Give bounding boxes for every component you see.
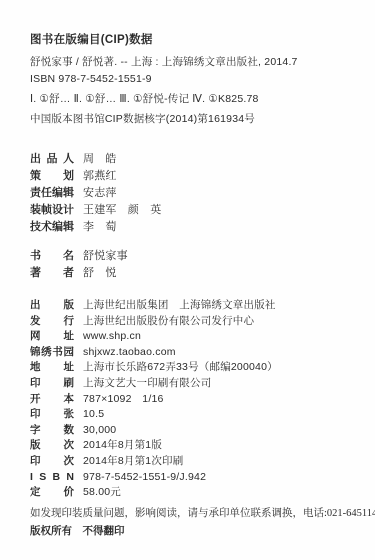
quality-notice: 如发现印装质量问题，影响阅读，请与承印单位联系调换，电话:021-6451141… (30, 507, 359, 520)
row-label: 责任编辑 (30, 187, 74, 200)
row-value: 舒 悦 (83, 267, 117, 280)
row-label: 策划 (30, 170, 74, 183)
publication-row: 锦绣书园 shjxwz.taobao.com (30, 346, 359, 358)
book-title-block: 书名 舒悦家事 著者 舒 悦 (30, 250, 359, 280)
row-label: 出版 (30, 299, 74, 311)
publication-details-block: 出版 上海世纪出版集团 上海锦绣文章出版社 发行 上海世纪出版股份有限公司发行中… (30, 299, 359, 498)
row-value: 978-7-5452-1551-9/J.942 (83, 471, 206, 483)
row-label: 书名 (30, 250, 74, 263)
publication-row: 定价 58.00元 (30, 486, 359, 498)
staff-row: 技术编辑 李 萄 (30, 221, 359, 234)
row-label: 发行 (30, 315, 74, 327)
row-label: 著者 (30, 267, 74, 280)
publication-row: 版次 2014年8月第1版 (30, 439, 359, 451)
row-value: 周 皓 (83, 153, 117, 166)
row-label: 印张 (30, 408, 74, 420)
cip-data-block: 图书在版编目(CIP)数据 舒悦家事 / 舒悦著. -- 上海 : 上海锦绣文章… (30, 31, 359, 126)
row-value: 2014年8月第1次印刷 (83, 455, 183, 467)
publication-row: 印次 2014年8月第1次印刷 (30, 455, 359, 467)
cip-isbn-line: ISBN 978-7-5452-1551-9 (30, 73, 359, 86)
publication-row: 开本 787×1092 1/16 (30, 393, 359, 405)
row-value: www.shp.cn (83, 330, 141, 342)
staff-row: 装帧设计 王建军 颜 英 (30, 204, 359, 217)
staff-row: 策划 郭燕红 (30, 170, 359, 183)
row-label: 装帧设计 (30, 204, 74, 217)
row-value: 10.5 (83, 408, 104, 420)
row-value: 上海世纪出版股份有限公司发行中心 (83, 315, 254, 327)
staff-credits-block: 出品人 周 皓 策划 郭燕红 责任编辑 安志萍 装帧设计 王建军 颜 英 技术编… (30, 153, 359, 234)
row-value: 安志萍 (83, 187, 117, 200)
row-label: 开本 (30, 393, 74, 405)
staff-row: 责任编辑 安志萍 (30, 187, 359, 200)
cip-heading: 图书在版编目(CIP)数据 (30, 31, 359, 47)
publication-row: 发行 上海世纪出版股份有限公司发行中心 (30, 315, 359, 327)
book-title-row: 书名 舒悦家事 (30, 250, 359, 263)
row-label: 印次 (30, 455, 74, 467)
footer-block: 如发现印装质量问题，影响阅读，请与承印单位联系调换，电话:021-6451141… (30, 507, 359, 538)
publication-row: 印刷 上海文艺大一印刷有限公司 (30, 377, 359, 389)
row-value: 上海世纪出版集团 上海锦绣文章出版社 (83, 299, 276, 311)
row-label: 定价 (30, 486, 74, 498)
row-value: 787×1092 1/16 (83, 393, 164, 405)
copyright-page: 图书在版编目(CIP)数据 舒悦家事 / 舒悦著. -- 上海 : 上海锦绣文章… (0, 0, 375, 560)
row-value: 30,000 (83, 424, 116, 436)
publication-row: 字数 30,000 (30, 424, 359, 436)
row-value: 李 萄 (83, 221, 117, 234)
row-value: shjxwz.taobao.com (83, 346, 176, 358)
row-label: 出品人 (30, 153, 74, 166)
cip-registry-line: 中国版本图书馆CIP数据核字(2014)第161934号 (30, 113, 359, 126)
row-value: 王建军 颜 英 (83, 204, 161, 217)
row-label: I S B N (30, 471, 74, 483)
staff-row: 出品人 周 皓 (30, 153, 359, 166)
row-label: 地址 (30, 361, 74, 373)
row-value: 58.00元 (83, 486, 121, 498)
publication-row: 地址 上海市长乐路672弄33号（邮编200040） (30, 361, 359, 373)
copyright-notice: 版权所有 不得翻印 (30, 525, 359, 538)
row-value: 郭燕红 (83, 170, 117, 183)
row-label: 技术编辑 (30, 221, 74, 234)
book-author-row: 著者 舒 悦 (30, 267, 359, 280)
row-label: 网址 (30, 330, 74, 342)
row-value: 上海市长乐路672弄33号（邮编200040） (83, 361, 278, 373)
row-value: 舒悦家事 (83, 250, 128, 263)
cip-classification-line: Ⅰ. ①舒… Ⅱ. ①舒… Ⅲ. ①舒悦-传记 Ⅳ. ①K825.78 (30, 93, 359, 106)
row-label: 版次 (30, 439, 74, 451)
publication-row: I S B N 978-7-5452-1551-9/J.942 (30, 471, 359, 483)
publication-row: 印张 10.5 (30, 408, 359, 420)
publication-row: 出版 上海世纪出版集团 上海锦绣文章出版社 (30, 299, 359, 311)
row-value: 2014年8月第1版 (83, 439, 162, 451)
row-label: 印刷 (30, 377, 74, 389)
cip-record-line: 舒悦家事 / 舒悦著. -- 上海 : 上海锦绣文章出版社, 2014.7 (30, 56, 359, 69)
row-label: 锦绣书园 (30, 346, 74, 358)
publication-row: 网址 www.shp.cn (30, 330, 359, 342)
row-value: 上海文艺大一印刷有限公司 (83, 377, 211, 389)
row-label: 字数 (30, 424, 74, 436)
